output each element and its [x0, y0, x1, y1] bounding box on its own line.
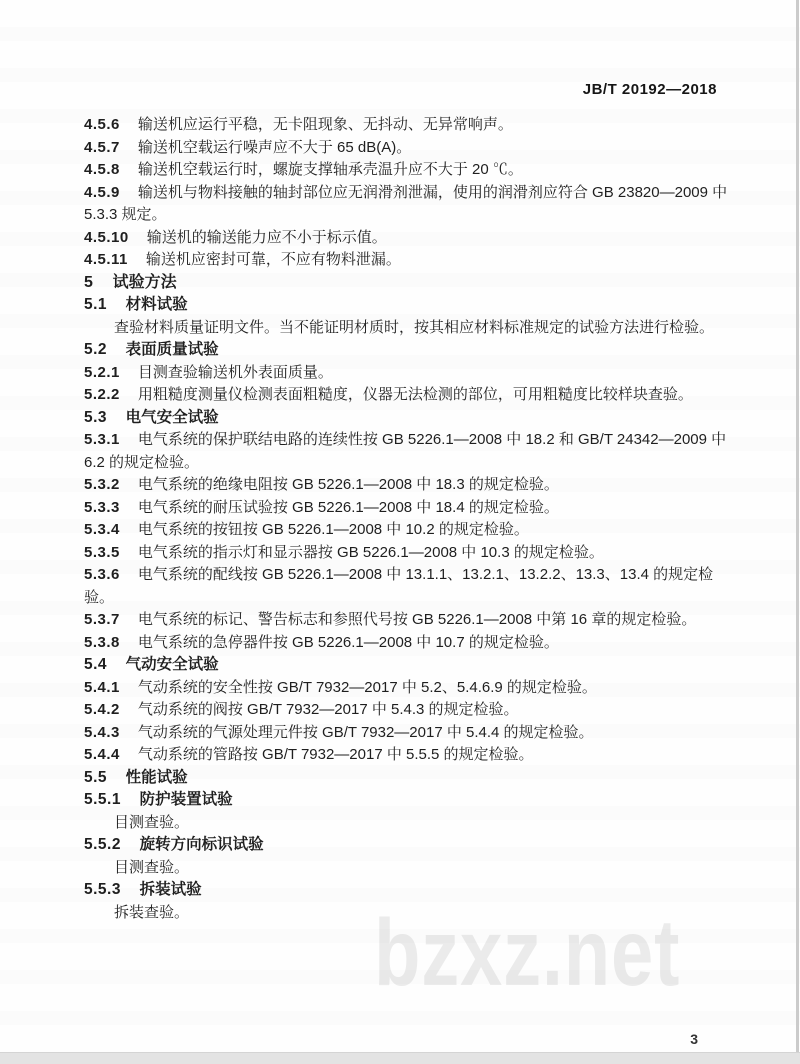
- clause-text: 试验方法: [113, 274, 177, 291]
- heading-5.2: 5.2表面质量试验: [84, 339, 728, 362]
- clause-text: 输送机空载运行噪声应不大于 65 dB(A)。: [138, 139, 411, 156]
- page-edge-line: [796, 0, 799, 1064]
- clause-number: 5.5.2: [84, 836, 121, 853]
- clause-5.4.1: 5.4.1气动系统的安全性按 GB/T 7932—2017 中 5.2、5.4.…: [84, 677, 728, 700]
- clause-5.3.3: 5.3.3电气系统的耐压试验按 GB 5226.1—2008 中 18.4 的规…: [84, 497, 728, 520]
- clause-4.5.8: 4.5.8输送机空载运行时，螺旋支撑轴承壳温升应不大于 20 ℃。: [84, 159, 728, 182]
- clause-text: 气动系统的阀按 GB/T 7932—2017 中 5.4.3 的规定检验。: [138, 701, 519, 718]
- clause-5.4.4: 5.4.4气动系统的管路按 GB/T 7932—2017 中 5.5.5 的规定…: [84, 744, 728, 767]
- clause-number: 5: [84, 274, 93, 291]
- clause-number: 4.5.10: [84, 229, 129, 246]
- clause-4.5.10: 4.5.10输送机的输送能力应不小于标示值。: [84, 227, 728, 250]
- heading-5.5.2: 5.5.2旋转方向标识试验: [84, 834, 728, 857]
- clause-number: 5.4.1: [84, 679, 120, 696]
- clause-number: 4.5.7: [84, 139, 120, 156]
- clause-number: 5.5: [84, 769, 107, 786]
- clause-text: 电气安全试验: [126, 409, 219, 426]
- clause-text: 电气系统的保护联结电路的连续性按 GB 5226.1—2008 中 18.2 和…: [84, 431, 726, 471]
- clause-number: 5.3.1: [84, 431, 120, 448]
- standard-code-header: JB/T 20192—2018: [583, 81, 717, 98]
- clause-text: 输送机应运行平稳，无卡阻现象、无抖动、无异常响声。: [138, 116, 513, 133]
- paragraph: 拆装查验。: [84, 902, 728, 925]
- clause-number: 5.4.4: [84, 746, 120, 763]
- footer-scan-bar: [0, 1052, 800, 1064]
- clause-5.2.1: 5.2.1目测查验输送机外表面质量。: [84, 362, 728, 385]
- heading-5.3: 5.3电气安全试验: [84, 407, 728, 430]
- clause-number: 5.3.4: [84, 521, 120, 538]
- page-number: 3: [690, 1031, 698, 1047]
- heading-5: 5试验方法: [84, 272, 728, 295]
- clause-text: 拆装查验。: [114, 904, 189, 921]
- clause-4.5.11: 4.5.11输送机应密封可靠，不应有物料泄漏。: [84, 249, 728, 272]
- clause-4.5.6: 4.5.6输送机应运行平稳，无卡阻现象、无抖动、无异常响声。: [84, 114, 728, 137]
- clause-number: 5.2.1: [84, 364, 120, 381]
- clause-number: 4.5.9: [84, 184, 120, 201]
- clause-text: 拆装试验: [140, 881, 202, 898]
- clause-number: 5.3.8: [84, 634, 120, 651]
- clause-5.3.8: 5.3.8电气系统的急停器件按 GB 5226.1—2008 中 10.7 的规…: [84, 632, 728, 655]
- clause-text: 电气系统的急停器件按 GB 5226.1—2008 中 10.7 的规定检验。: [138, 634, 559, 651]
- clause-5.3.1: 5.3.1电气系统的保护联结电路的连续性按 GB 5226.1—2008 中 1…: [84, 429, 728, 474]
- heading-5.5.1: 5.5.1防护装置试验: [84, 789, 728, 812]
- clause-number: 5.4: [84, 656, 107, 673]
- clause-text: 电气系统的指示灯和显示器按 GB 5226.1—2008 中 10.3 的规定检…: [138, 544, 604, 561]
- clause-5.3.4: 5.3.4电气系统的按钮按 GB 5226.1—2008 中 10.2 的规定检…: [84, 519, 728, 542]
- clause-text: 材料试验: [126, 296, 188, 313]
- clause-5.3.5: 5.3.5电气系统的指示灯和显示器按 GB 5226.1—2008 中 10.3…: [84, 542, 728, 565]
- clause-number: 5.5.3: [84, 881, 121, 898]
- clause-5.3.7: 5.3.7电气系统的标记、警告标志和参照代号按 GB 5226.1—2008 中…: [84, 609, 728, 632]
- clause-text: 表面质量试验: [126, 341, 219, 358]
- clause-number: 5.2: [84, 341, 107, 358]
- heading-5.5.3: 5.5.3拆装试验: [84, 879, 728, 902]
- clause-text: 输送机应密封可靠，不应有物料泄漏。: [146, 251, 401, 268]
- clause-text: 气动系统的气源处理元件按 GB/T 7932—2017 中 5.4.4 的规定检…: [138, 724, 594, 741]
- heading-5.5: 5.5性能试验: [84, 767, 728, 790]
- document-page: JB/T 20192—2018 bzxz.net 4.5.6输送机应运行平稳，无…: [0, 0, 800, 1064]
- clause-text: 电气系统的绝缘电阻按 GB 5226.1—2008 中 18.3 的规定检验。: [138, 476, 559, 493]
- clause-text: 电气系统的耐压试验按 GB 5226.1—2008 中 18.4 的规定检验。: [138, 499, 559, 516]
- heading-5.4: 5.4气动安全试验: [84, 654, 728, 677]
- paragraph: 目测查验。: [84, 857, 728, 880]
- paragraph: 目测查验。: [84, 812, 728, 835]
- clause-text: 电气系统的按钮按 GB 5226.1—2008 中 10.2 的规定检验。: [138, 521, 529, 538]
- clause-text: 性能试验: [126, 769, 188, 786]
- clause-text: 输送机与物料接触的轴封部位应无润滑剂泄漏，使用的润滑剂应符合 GB 23820—…: [84, 184, 727, 224]
- clause-number: 5.3.2: [84, 476, 120, 493]
- clause-number: 5.4.3: [84, 724, 120, 741]
- clause-number: 5.3.7: [84, 611, 120, 628]
- clause-number: 5.3.6: [84, 566, 120, 583]
- clause-4.5.9: 4.5.9输送机与物料接触的轴封部位应无润滑剂泄漏，使用的润滑剂应符合 GB 2…: [84, 182, 728, 227]
- clause-text: 目测查验。: [114, 814, 189, 831]
- clause-text: 气动系统的管路按 GB/T 7932—2017 中 5.5.5 的规定检验。: [138, 746, 534, 763]
- clause-text: 气动安全试验: [126, 656, 219, 673]
- clause-5.4.3: 5.4.3气动系统的气源处理元件按 GB/T 7932—2017 中 5.4.4…: [84, 722, 728, 745]
- clause-5.4.2: 5.4.2气动系统的阀按 GB/T 7932—2017 中 5.4.3 的规定检…: [84, 699, 728, 722]
- clause-number: 5.5.1: [84, 791, 121, 808]
- clause-number: 5.3.3: [84, 499, 120, 516]
- clause-text: 防护装置试验: [140, 791, 233, 808]
- paragraph: 查验材料质量证明文件。当不能证明材质时，按其相应材料标准规定的试验方法进行检验。: [84, 317, 728, 340]
- clause-number: 4.5.6: [84, 116, 120, 133]
- clause-text: 气动系统的安全性按 GB/T 7932—2017 中 5.2、5.4.6.9 的…: [138, 679, 597, 696]
- clause-text: 查验材料质量证明文件。当不能证明材质时，按其相应材料标准规定的试验方法进行检验。: [114, 319, 714, 336]
- clause-number: 5.4.2: [84, 701, 120, 718]
- heading-5.1: 5.1材料试验: [84, 294, 728, 317]
- clause-text: 输送机空载运行时，螺旋支撑轴承壳温升应不大于 20 ℃。: [138, 161, 523, 178]
- clause-4.5.7: 4.5.7输送机空载运行噪声应不大于 65 dB(A)。: [84, 137, 728, 160]
- clause-5.3.2: 5.3.2电气系统的绝缘电阻按 GB 5226.1—2008 中 18.3 的规…: [84, 474, 728, 497]
- document-body: 4.5.6输送机应运行平稳，无卡阻现象、无抖动、无异常响声。4.5.7输送机空载…: [84, 114, 728, 924]
- clause-text: 用粗糙度测量仪检测表面粗糙度，仪器无法检测的部位，可用粗糙度比较样块查验。: [138, 386, 693, 403]
- clause-text: 电气系统的标记、警告标志和参照代号按 GB 5226.1—2008 中第 16 …: [138, 611, 696, 628]
- clause-number: 5.1: [84, 296, 107, 313]
- clause-number: 5.2.2: [84, 386, 120, 403]
- clause-text: 旋转方向标识试验: [140, 836, 264, 853]
- clause-5.2.2: 5.2.2用粗糙度测量仪检测表面粗糙度，仪器无法检测的部位，可用粗糙度比较样块查…: [84, 384, 728, 407]
- clause-text: 电气系统的配线按 GB 5226.1—2008 中 13.1.1、13.2.1、…: [84, 566, 713, 606]
- clause-number: 5.3: [84, 409, 107, 426]
- clause-number: 5.3.5: [84, 544, 120, 561]
- clause-text: 输送机的输送能力应不小于标示值。: [147, 229, 387, 246]
- clause-number: 4.5.11: [84, 251, 128, 268]
- clause-number: 4.5.8: [84, 161, 120, 178]
- clause-5.3.6: 5.3.6电气系统的配线按 GB 5226.1—2008 中 13.1.1、13…: [84, 564, 728, 609]
- clause-text: 目测查验输送机外表面质量。: [138, 364, 333, 381]
- clause-text: 目测查验。: [114, 859, 189, 876]
